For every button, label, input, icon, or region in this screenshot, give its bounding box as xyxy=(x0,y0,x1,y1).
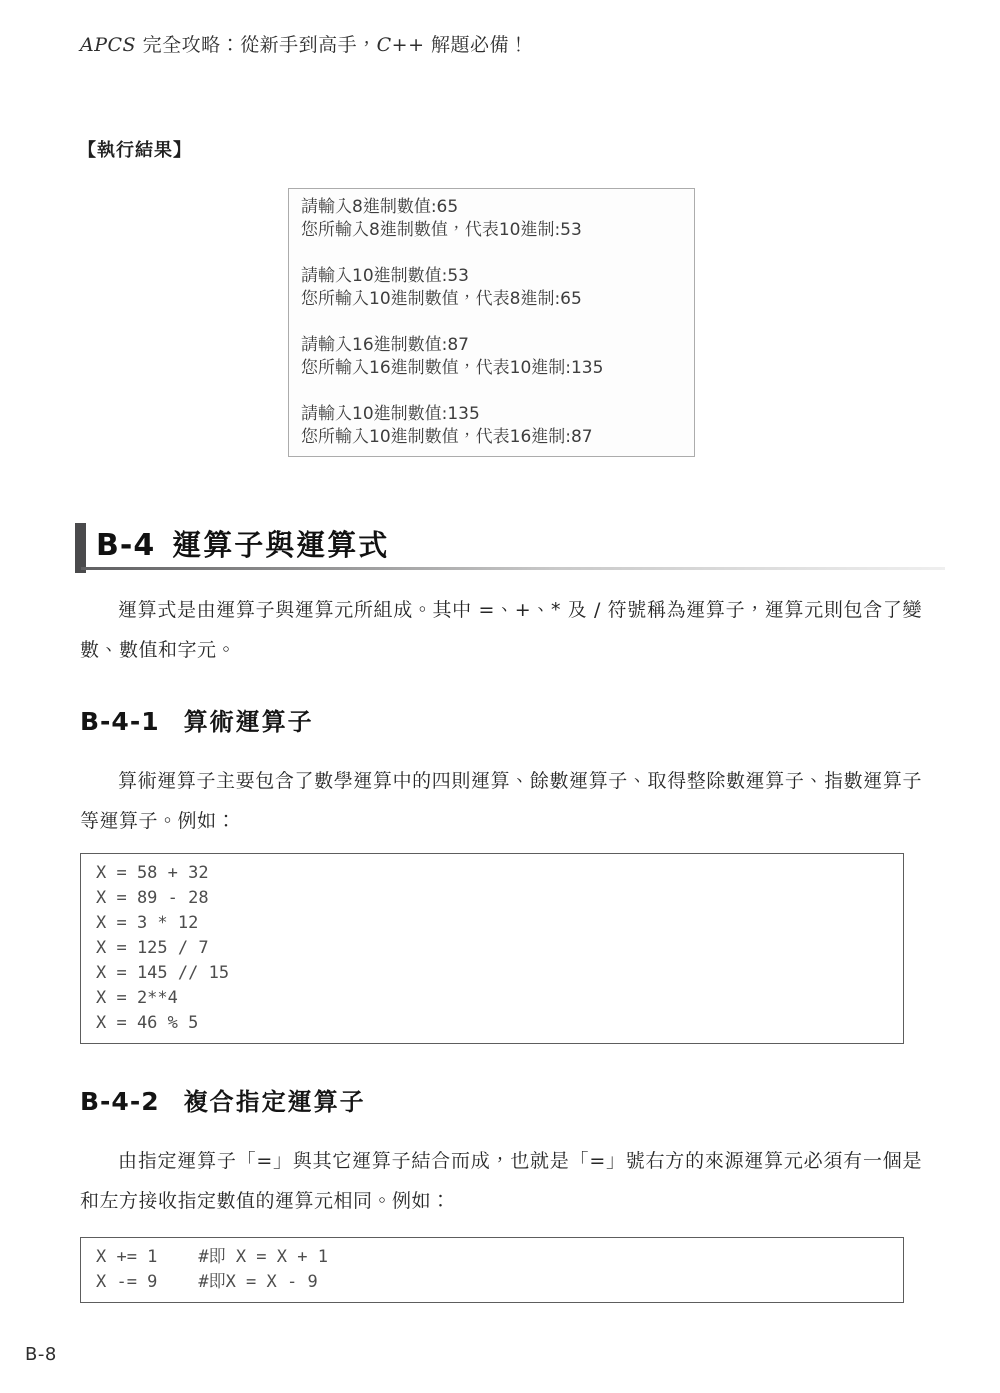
section-title: 運算子與運算式 xyxy=(172,528,389,562)
section-intro-paragraph: 運算式是由運算子與運算元所組成。其中 =、+、* 及 / 符號稱為運算子，運算元… xyxy=(80,590,922,670)
console-output-box: 請輸入8進制數值:65 您所輸入8進制數值，代表10進制:53 請輸入10進制數… xyxy=(288,188,695,457)
running-header-tail: 解題必備！ xyxy=(425,34,529,56)
section-header-b4: B-4運算子與運算式 xyxy=(75,521,945,573)
subsection-header-b41: B-4-1算術運算子 xyxy=(80,702,314,737)
section-number: B-4 xyxy=(96,528,155,563)
execution-result-label: 【執行結果】 xyxy=(78,136,192,162)
code-box-compound-assignment: X += 1 #即 X = X + 1 X -= 9 #即X = X - 9 xyxy=(80,1237,904,1303)
subsection-b42-paragraph: 由指定運算子「=」與其它運算子結合而成，也就是「=」號右方的來源運算元必須有一個… xyxy=(80,1141,922,1221)
section-header-rule xyxy=(81,567,945,570)
page-number: B-8 xyxy=(25,1344,57,1365)
subsection-b41-paragraph: 算術運算子主要包含了數學運算中的四則運算、餘數運算子、取得整除數運算子、指數運算… xyxy=(80,761,922,841)
running-header-middle: 完全攻略：從新手到高手， xyxy=(136,34,377,56)
running-header-cpp: C++ xyxy=(377,34,425,56)
code-box-arithmetic: X = 58 + 32 X = 89 - 28 X = 3 * 12 X = 1… xyxy=(80,853,904,1044)
book-page: APCS 完全攻略：從新手到高手，C++ 解題必備！ 【執行結果】 請輸入8進制… xyxy=(0,0,1000,1393)
subsection-header-b42: B-4-2複合指定運算子 xyxy=(80,1082,366,1117)
section-header-bar xyxy=(75,523,86,573)
subsection-number: B-4-1 xyxy=(80,707,160,736)
subsection-title: 算術運算子 xyxy=(184,708,314,736)
section-header-title-row: B-4運算子與運算式 xyxy=(96,523,389,564)
subsection-title: 複合指定運算子 xyxy=(184,1088,366,1116)
running-header-apcs: APCS xyxy=(80,34,136,56)
running-header: APCS 完全攻略：從新手到高手，C++ 解題必備！ xyxy=(80,30,529,57)
subsection-number: B-4-2 xyxy=(80,1087,160,1116)
